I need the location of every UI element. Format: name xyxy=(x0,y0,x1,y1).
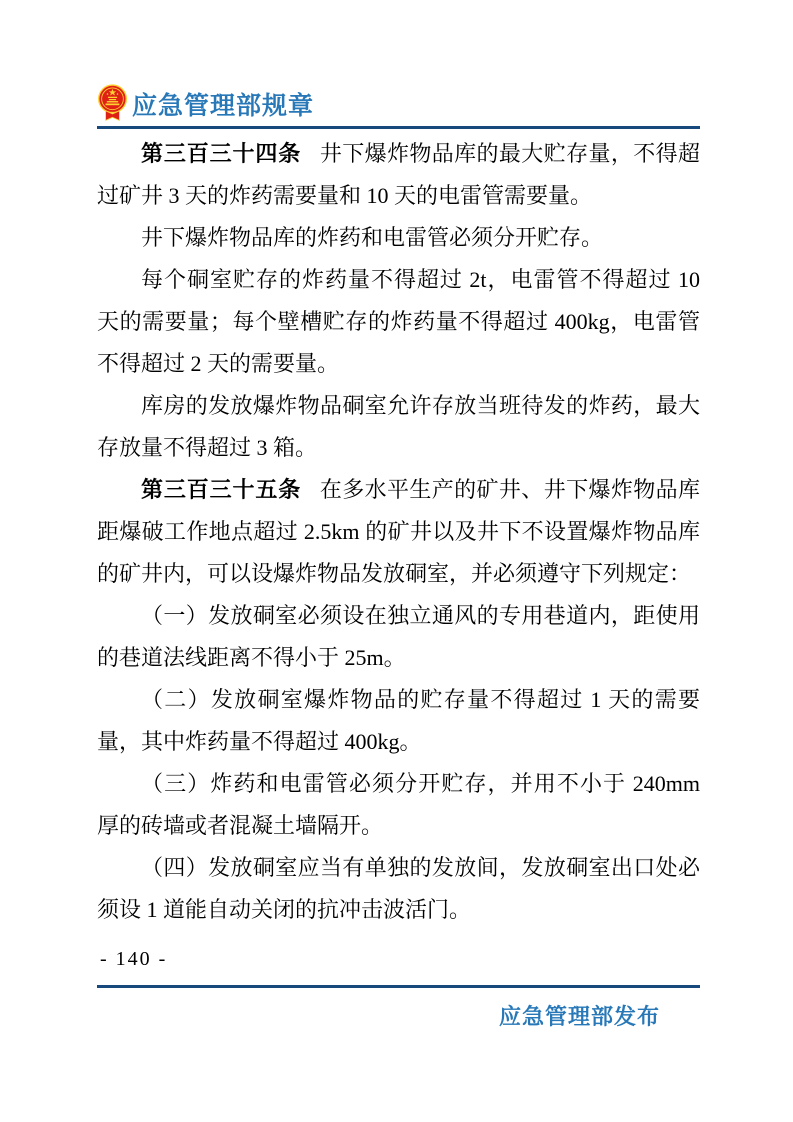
document-body: 第三百三十四条井下爆炸物品库的最大贮存量，不得超过矿井 3 天的炸药需要量和 1… xyxy=(97,133,700,931)
article-number: 第三百三十四条 xyxy=(141,141,301,166)
page-number: - 140 - xyxy=(100,948,167,971)
article-number: 第三百三十五条 xyxy=(141,477,301,502)
paragraph: 每个硐室贮存的炸药量不得超过 2t，电雷管不得超过 10 天的需要量；每个壁槽贮… xyxy=(97,259,700,385)
national-emblem-icon xyxy=(97,84,128,124)
paragraph: （四）发放硐室应当有单独的发放间，发放硐室出口处必须设 1 道能自动关闭的抗冲击… xyxy=(97,847,700,931)
page-header: 应急管理部规章 xyxy=(97,82,700,126)
footer-publisher: 应急管理部发布 xyxy=(97,1000,660,1031)
paragraph: 第三百三十五条在多水平生产的矿井、井下爆炸物品库距爆破工作地点超过 2.5km … xyxy=(97,469,700,595)
paragraph: 井下爆炸物品库的炸药和电雷管必须分开贮存。 xyxy=(97,217,700,259)
paragraph: 库房的发放爆炸物品硐室允许存放当班待发的炸药，最大存放量不得超过 3 箱。 xyxy=(97,385,700,469)
footer-rule xyxy=(97,985,700,988)
paragraph: （一）发放硐室必须设在独立通风的专用巷道内，距使用的巷道法线距离不得小于 25m… xyxy=(97,595,700,679)
document-page: 应急管理部规章 第三百三十四条井下爆炸物品库的最大贮存量，不得超过矿井 3 天的… xyxy=(0,0,793,1122)
paragraph: （三）炸药和电雷管必须分开贮存，并用不小于 240mm 厚的砖墙或者混凝土墙隔开… xyxy=(97,763,700,847)
paragraph: （二）发放硐室爆炸物品的贮存量不得超过 1 天的需要量，其中炸药量不得超过 40… xyxy=(97,679,700,763)
header-title: 应急管理部规章 xyxy=(132,86,314,122)
header-rule xyxy=(97,126,700,129)
paragraph: 第三百三十四条井下爆炸物品库的最大贮存量，不得超过矿井 3 天的炸药需要量和 1… xyxy=(97,133,700,217)
